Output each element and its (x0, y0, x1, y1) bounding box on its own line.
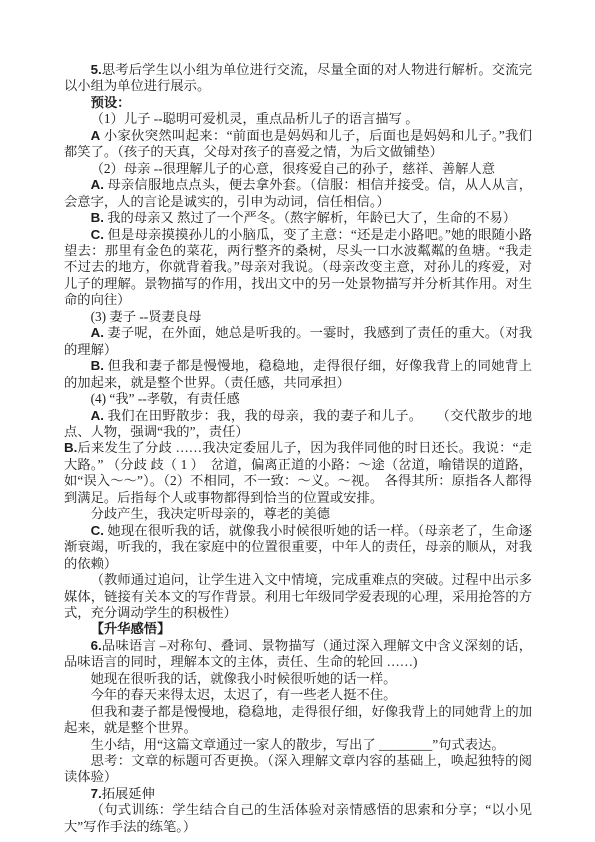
paragraph-lead: 6. (91, 638, 102, 653)
paragraph-text: 思考后学生以小组为单位进行交流，尽量全面的对人物进行解析。交流完以小组为单位进行… (64, 62, 532, 93)
paragraph-text: 品味语言 –对称句、叠词、景物描写（通过深入理解文中含义深刻的话，品味语言的同时… (64, 638, 532, 669)
paragraph-text: 拓展延伸 (102, 786, 155, 801)
paragraph-text: （2）母亲 --很理解儿子的心意，很疼爱自己的孙子，慈祥、善解人意 (91, 161, 495, 176)
document-paragraph: （教师通过追问，让学生进入文中情境，完成重难点的突破。过程中出示多媒体，链接有关… (64, 572, 532, 621)
paragraph-lead: B. (91, 358, 104, 373)
paragraph-lead: 7. (91, 786, 102, 801)
paragraph-text: 小家伙突然叫起来：“前面也是妈妈和儿子，后面也是妈妈和儿子。”我们都笑了。（孩子… (64, 128, 532, 159)
document-paragraph: A. 母亲信服地点点头，便去拿外套。（信服：相信并接受。信，从人从言，会意字，人… (64, 177, 532, 210)
paragraph-lead: A. (91, 177, 104, 192)
paragraph-lead: A. (91, 408, 104, 423)
paragraph-text: 后来发生了分歧 ……我决定委屈儿子，因为我伴同他的时日还长。我说：“走大路。” … (64, 440, 532, 504)
document-paragraph: 6.品味语言 –对称句、叠词、景物描写（通过深入理解文中含义深刻的话，品味语言的… (64, 638, 532, 671)
document-paragraph: B. 但我和妻子都是慢慢地，稳稳地，走得很仔细，好像我背上的同她背上的加起来，就… (64, 358, 532, 391)
document-paragraph: A. 妻子呢，在外面，她总是听我的。一霎时，我感到了责任的重大。（对我的理解） (64, 325, 532, 358)
document-paragraph: 7.拓展延伸 (64, 786, 532, 802)
paragraph-text: 母亲信服地点点头，便去拿外套。（信服：相信并接受。信，从人从言，会意字，人的言论… (64, 177, 532, 208)
section-heading-preset: 预设： (64, 95, 532, 111)
document-paragraph: B.后来发生了分歧 ……我决定委屈儿子，因为我伴同他的时日还长。我说：“走大路。… (64, 440, 532, 506)
paragraph-text: 但是母亲摸摸孙儿的小脑瓜，变了主意：“还是走小路吧。”她的眼随小路望去：那里有金… (64, 227, 532, 308)
document-body: 5.思考后学生以小组为单位进行交流，尽量全面的对人物进行解析。交流完以小组为单位… (64, 62, 532, 835)
document-paragraph: 5.思考后学生以小组为单位进行交流，尽量全面的对人物进行解析。交流完以小组为单位… (64, 62, 532, 95)
document-paragraph: B. 我的母亲又 熬过了一个严冬。（熬字解析，年龄已大了，生命的不易） (64, 210, 532, 226)
paragraph-text: 【升华感悟】 (91, 621, 171, 636)
paragraph-lead: B. (91, 210, 104, 225)
document-paragraph: 但我和妻子都是慢慢地，稳稳地，走得很仔细，好像我背上的同她背上的加起来，就是整个… (64, 704, 532, 737)
paragraph-text: 但我和妻子都是慢慢地，稳稳地，走得很仔细，好像我背上的同她背上的加起来，就是整个… (64, 358, 532, 389)
document-paragraph: （2）母亲 --很理解儿子的心意，很疼爱自己的孙子，慈祥、善解人意 (64, 161, 532, 177)
document-paragraph: A. 我们在田野散步：我，我的母亲，我的妻子和儿子。 （交代散步的地点、人物，强… (64, 408, 532, 441)
paragraph-text: 妻子呢，在外面，她总是听我的。一霎时，我感到了责任的重大。（对我的理解） (64, 325, 532, 356)
document-paragraph: A 小家伙突然叫起来：“前面也是妈妈和儿子，后面也是妈妈和儿子。”我们都笑了。（… (64, 128, 532, 161)
paragraph-lead: C. (91, 523, 104, 538)
document-paragraph: (3) 妻子 --贤妻良母 (64, 309, 532, 325)
paragraph-lead: B. (64, 440, 77, 455)
section-heading-shenghua: 【升华感悟】 (64, 621, 532, 637)
paragraph-text: （教师通过追问，让学生进入文中情境，完成重难点的突破。过程中出示多媒体，链接有关… (64, 572, 532, 620)
paragraph-text: 生小结，用“这篇文章通过一家人的散步，写出了 ________”句式表达。 (91, 737, 505, 752)
paragraph-text: 预设： (91, 95, 131, 110)
paragraph-text: （1）儿子 --聪明可爱机灵，重点品析儿子的语言描写 。 (91, 111, 419, 126)
paragraph-with-blank: 生小结，用“这篇文章通过一家人的散步，写出了 ________”句式表达。 (64, 737, 532, 753)
document-paragraph: 今年的春天来得太迟，太迟了，有一些老人挺不住。 (64, 687, 532, 703)
paragraph-lead: A (91, 128, 101, 143)
document-paragraph: C. 但是母亲摸摸孙儿的小脑瓜，变了主意：“还是走小路吧。”她的眼随小路望去：那… (64, 227, 532, 309)
document-paragraph: 思考：文章的标题可否更换。（深入理解文章内容的基础上，唤起独特的阅读体验） (64, 753, 532, 786)
document-paragraph: （1）儿子 --聪明可爱机灵，重点品析儿子的语言描写 。 (64, 111, 532, 127)
paragraph-lead: C. (91, 227, 104, 242)
paragraph-text: 她现在很听我的话，就像我小时候很听她的话一样。 (91, 671, 397, 686)
document-paragraph: (4) “我” --孝敬，有责任感 (64, 391, 532, 407)
document-paragraph: （句式训练：学生结合自己的生活体验对亲情感悟的思索和分享；“以小见大”写作手法的… (64, 802, 532, 835)
paragraph-text: 我的母亲又 熬过了一个严冬。（熬字解析，年龄已大了，生命的不易） (104, 210, 516, 225)
document-page: 5.思考后学生以小组为单位进行交流，尽量全面的对人物进行解析。交流完以小组为单位… (0, 0, 595, 842)
paragraph-lead: A. (91, 325, 104, 340)
paragraph-text: 思考：文章的标题可否更换。（深入理解文章内容的基础上，唤起独特的阅读体验） (64, 753, 532, 784)
paragraph-lead: 5. (91, 62, 102, 77)
document-paragraph: C. 她现在很听我的话，就像我小时候很听她的话一样。（母亲老了，生命逐渐衰竭，听… (64, 523, 532, 572)
document-paragraph: 她现在很听我的话，就像我小时候很听她的话一样。 (64, 671, 532, 687)
paragraph-text: 今年的春天来得太迟，太迟了，有一些老人挺不住。 (91, 687, 397, 702)
paragraph-text: 我们在田野散步：我，我的母亲，我的妻子和儿子。 （交代散步的地点、人物，强调“我… (64, 408, 532, 439)
paragraph-text: （句式训练：学生结合自己的生活体验对亲情感悟的思索和分享；“以小见大”写作手法的… (64, 802, 532, 833)
paragraph-text: (3) 妻子 --贤妻良母 (91, 309, 202, 324)
paragraph-text: 分歧产生，我决定听母亲的，尊老的美德 (91, 506, 330, 521)
paragraph-text: (4) “我” --孝敬，有责任感 (91, 391, 240, 406)
document-paragraph: 分歧产生，我决定听母亲的，尊老的美德 (64, 506, 532, 522)
paragraph-text: 但我和妻子都是慢慢地，稳稳地，走得很仔细，好像我背上的同她背上的加起来，就是整个… (64, 704, 532, 735)
paragraph-text: 她现在很听我的话，就像我小时候很听她的话一样。（母亲老了，生命逐渐衰竭，听我的，… (64, 523, 532, 571)
